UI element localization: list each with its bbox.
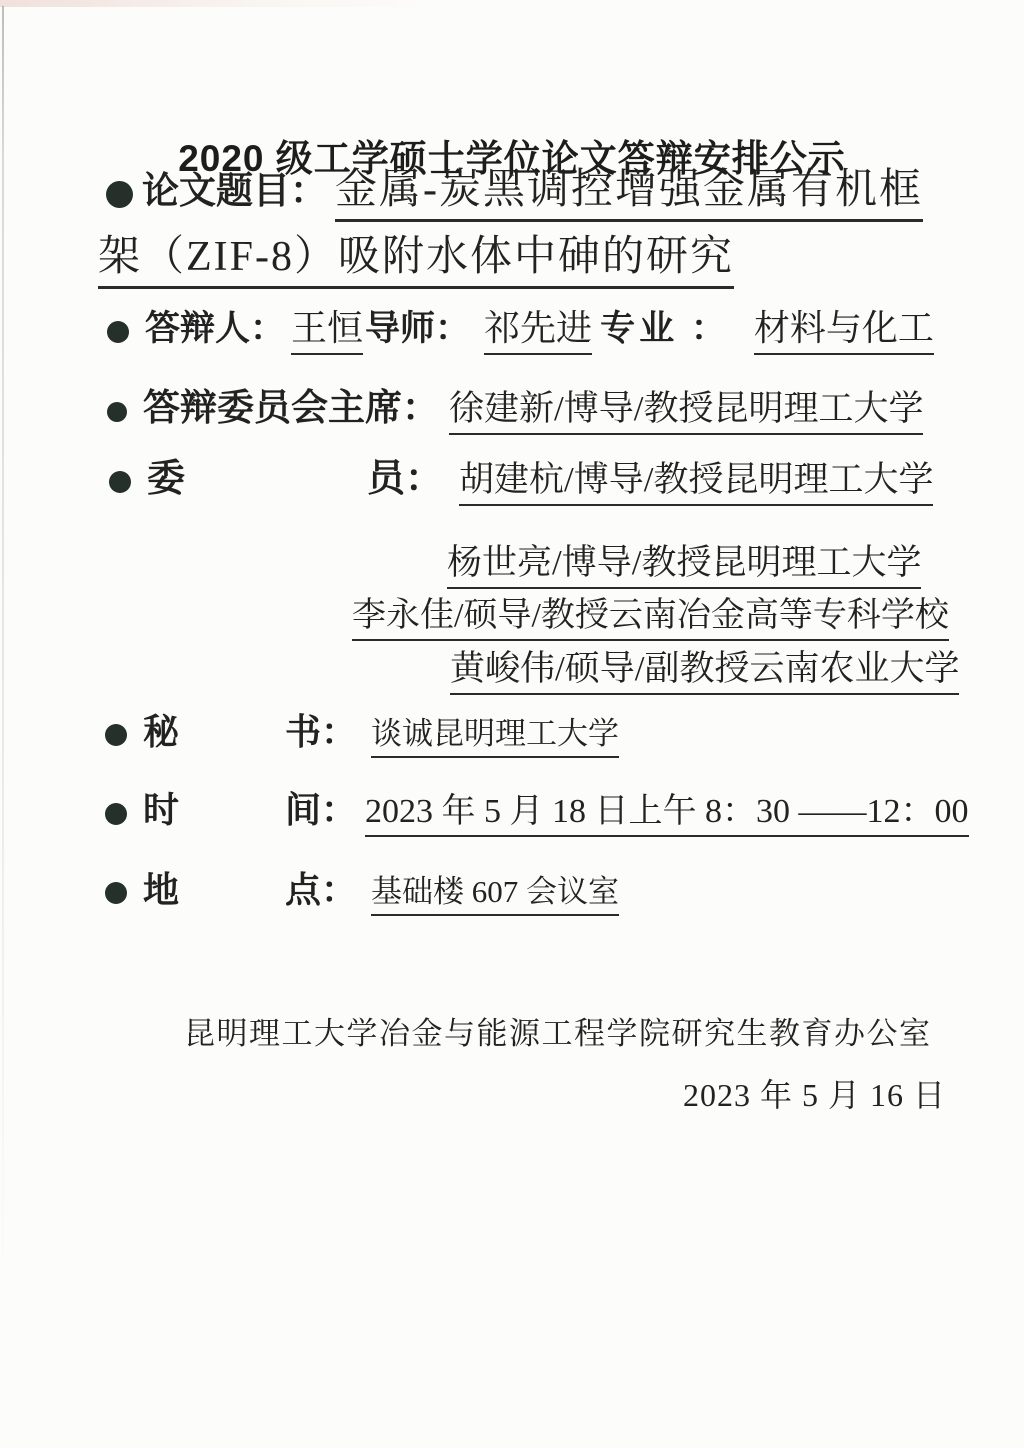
- bullet-icon: [106, 181, 133, 208]
- scan-artifact-top: [0, 0, 430, 7]
- time-label-char1: 时: [143, 790, 179, 831]
- location-label-char2: 点：: [285, 870, 357, 911]
- time-label-char2: 间：: [285, 790, 357, 831]
- secretary-label-char2: 书：: [285, 712, 357, 753]
- footer-office-name: 昆明理工大学冶金与能源工程学院研究生教育办公室: [184, 1008, 932, 1053]
- committee-label-char2: 员：: [367, 458, 443, 502]
- time-value: 2023 年 5 月 18 日上午 8：30 ——12：00: [365, 792, 969, 837]
- major-value: 材料与化工: [754, 308, 934, 355]
- scan-artifact-left-edge: [2, 6, 4, 1296]
- committee-member: 杨世亮/博导/教授昆明理工大学: [447, 543, 921, 589]
- bullet-icon: [109, 471, 131, 493]
- secretary-label: 秘 书：: [143, 712, 357, 753]
- location-row: 地 点： 基础楼 607 会议室: [105, 870, 619, 916]
- committee-row-2: 杨世亮/博导/教授昆明理工大学: [447, 543, 921, 589]
- defender-row: 答辩人： 王恒 导师： 祁先进 专业 ： 材料与化工: [107, 308, 934, 355]
- location-value: 基础楼 607 会议室: [371, 874, 619, 916]
- committee-label: 委 员：: [147, 458, 443, 502]
- chair-label: 答辩委员会主席：: [143, 388, 439, 431]
- committee-row-4: 黄峻伟/硕导/副教授云南农业大学: [450, 649, 959, 695]
- secretary-row: 秘 书： 谈诚昆明理工大学: [105, 712, 619, 758]
- time-label: 时 间：: [143, 790, 357, 831]
- committee-member: 黄峻伟/硕导/副教授云南农业大学: [450, 649, 959, 695]
- advisor-label: 导师：: [365, 309, 470, 349]
- footer-date: 2023 年 5 月 16 日: [683, 1070, 946, 1116]
- committee-row-3: 李永佳/硕导/教授云南冶金高等专科学校: [352, 596, 949, 641]
- major-label: 专业 ：: [600, 309, 730, 349]
- secretary-label-char1: 秘: [143, 712, 179, 753]
- bullet-icon: [105, 724, 127, 746]
- bullet-icon: [107, 402, 127, 422]
- chair-value: 徐建新/博导/教授昆明理工大学: [449, 389, 923, 435]
- thesis-title-line2: 架（ZIF-8）吸附水体中砷的研究: [98, 233, 734, 289]
- location-label-char1: 地: [143, 870, 179, 911]
- bullet-icon: [107, 321, 129, 343]
- thesis-title-line1: 金属-炭黑调控增强金属有机框: [335, 166, 923, 222]
- committee-member: 胡建杭/博导/教授昆明理工大学: [459, 460, 933, 506]
- committee-member: 李永佳/硕导/教授云南冶金高等专科学校: [352, 596, 949, 641]
- location-label: 地 点：: [143, 870, 357, 911]
- defender-label: 答辩人：: [145, 309, 285, 349]
- thesis-title-row-2: 架（ZIF-8）吸附水体中砷的研究: [98, 233, 734, 289]
- scanned-announcement-page: 2020 级工学硕士学位论文答辩安排公示 论文题目： 金属-炭黑调控增强金属有机…: [0, 0, 1024, 1448]
- time-row: 时 间： 2023 年 5 月 18 日上午 8：30 ——12：00: [105, 790, 969, 837]
- bullet-icon: [105, 882, 127, 904]
- secretary-value: 谈诚昆明理工大学: [371, 716, 619, 758]
- bullet-icon: [105, 803, 127, 825]
- advisor-name: 祁先进: [484, 308, 592, 355]
- defender-name: 王恒: [291, 308, 363, 355]
- thesis-title-label: 论文题目：: [142, 171, 327, 214]
- committee-row-1: 委 员： 胡建杭/博导/教授昆明理工大学: [109, 458, 933, 506]
- thesis-title-row: 论文题目： 金属-炭黑调控增强金属有机框: [106, 166, 923, 222]
- chair-row: 答辩委员会主席： 徐建新/博导/教授昆明理工大学: [107, 388, 923, 435]
- committee-label-char1: 委: [147, 458, 185, 502]
